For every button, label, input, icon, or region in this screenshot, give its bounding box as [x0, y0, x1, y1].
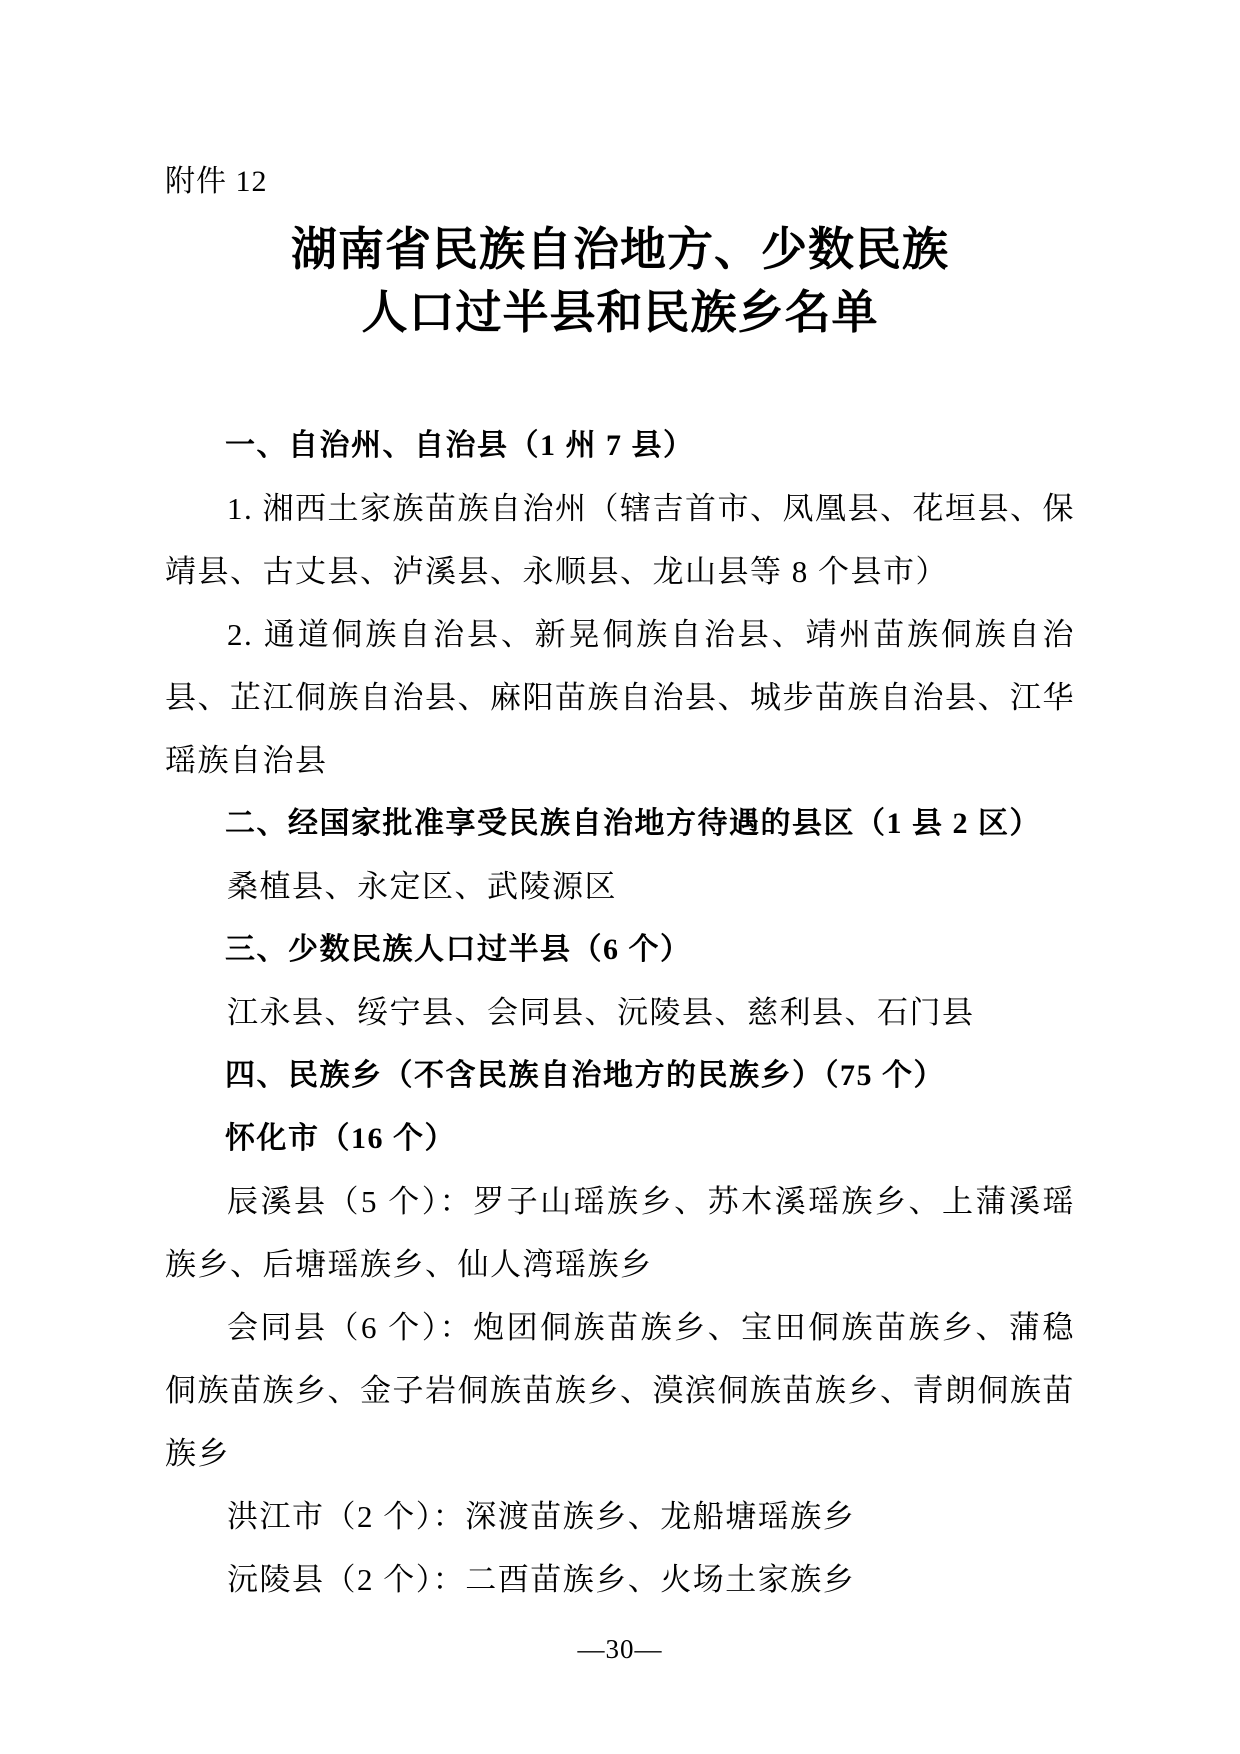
section-4-paragraph-1: 辰溪县（5 个）：罗子山瑶族乡、苏木溪瑶族乡、上蒲溪瑶族乡、后塘瑶族乡、仙人湾瑶…: [165, 1170, 1075, 1296]
attachment-label: 附件 12: [165, 160, 1075, 204]
document-title-line-1: 湖南省民族自治地方、少数民族: [165, 218, 1075, 281]
page-number: —30—: [165, 1631, 1075, 1667]
section-3-heading: 三、少数民族人口过半县（6 个）: [165, 918, 1075, 981]
section-2-paragraph-1: 桑植县、永定区、武陵源区: [165, 855, 1075, 918]
document-body: 一、自治州、自治县（1 州 7 县） 1. 湘西土家族苗族自治州（辖吉首市、凤凰…: [165, 414, 1075, 1611]
section-1-heading: 一、自治州、自治县（1 州 7 县）: [165, 414, 1075, 477]
section-3-paragraph-1: 江永县、绥宁县、会同县、沅陵县、慈利县、石门县: [165, 981, 1075, 1044]
section-4-heading: 四、民族乡（不含民族自治地方的民族乡）（75 个）: [165, 1044, 1075, 1107]
document-title: 湖南省民族自治地方、少数民族 人口过半县和民族乡名单: [165, 218, 1075, 344]
section-4-paragraph-3: 洪江市（2 个）：深渡苗族乡、龙船塘瑶族乡: [165, 1485, 1075, 1548]
section-1-paragraph-2: 2. 通道侗族自治县、新晃侗族自治县、靖州苗族侗族自治县、芷江侗族自治县、麻阳苗…: [165, 603, 1075, 792]
document-title-line-2: 人口过半县和民族乡名单: [165, 281, 1075, 344]
section-4-paragraph-4: 沅陵县（2 个）：二酉苗族乡、火场土家族乡: [165, 1548, 1075, 1611]
document-page: 附件 12 湖南省民族自治地方、少数民族 人口过半县和民族乡名单 一、自治州、自…: [0, 0, 1240, 1754]
section-1-paragraph-1: 1. 湘西土家族苗族自治州（辖吉首市、凤凰县、花垣县、保靖县、古丈县、泸溪县、永…: [165, 477, 1075, 603]
section-4-city-subheading: 怀化市（16 个）: [165, 1107, 1075, 1170]
section-2-heading: 二、经国家批准享受民族自治地方待遇的县区（1 县 2 区）: [165, 792, 1075, 855]
section-4-paragraph-2: 会同县（6 个）：炮团侗族苗族乡、宝田侗族苗族乡、蒲稳侗族苗族乡、金子岩侗族苗族…: [165, 1296, 1075, 1485]
